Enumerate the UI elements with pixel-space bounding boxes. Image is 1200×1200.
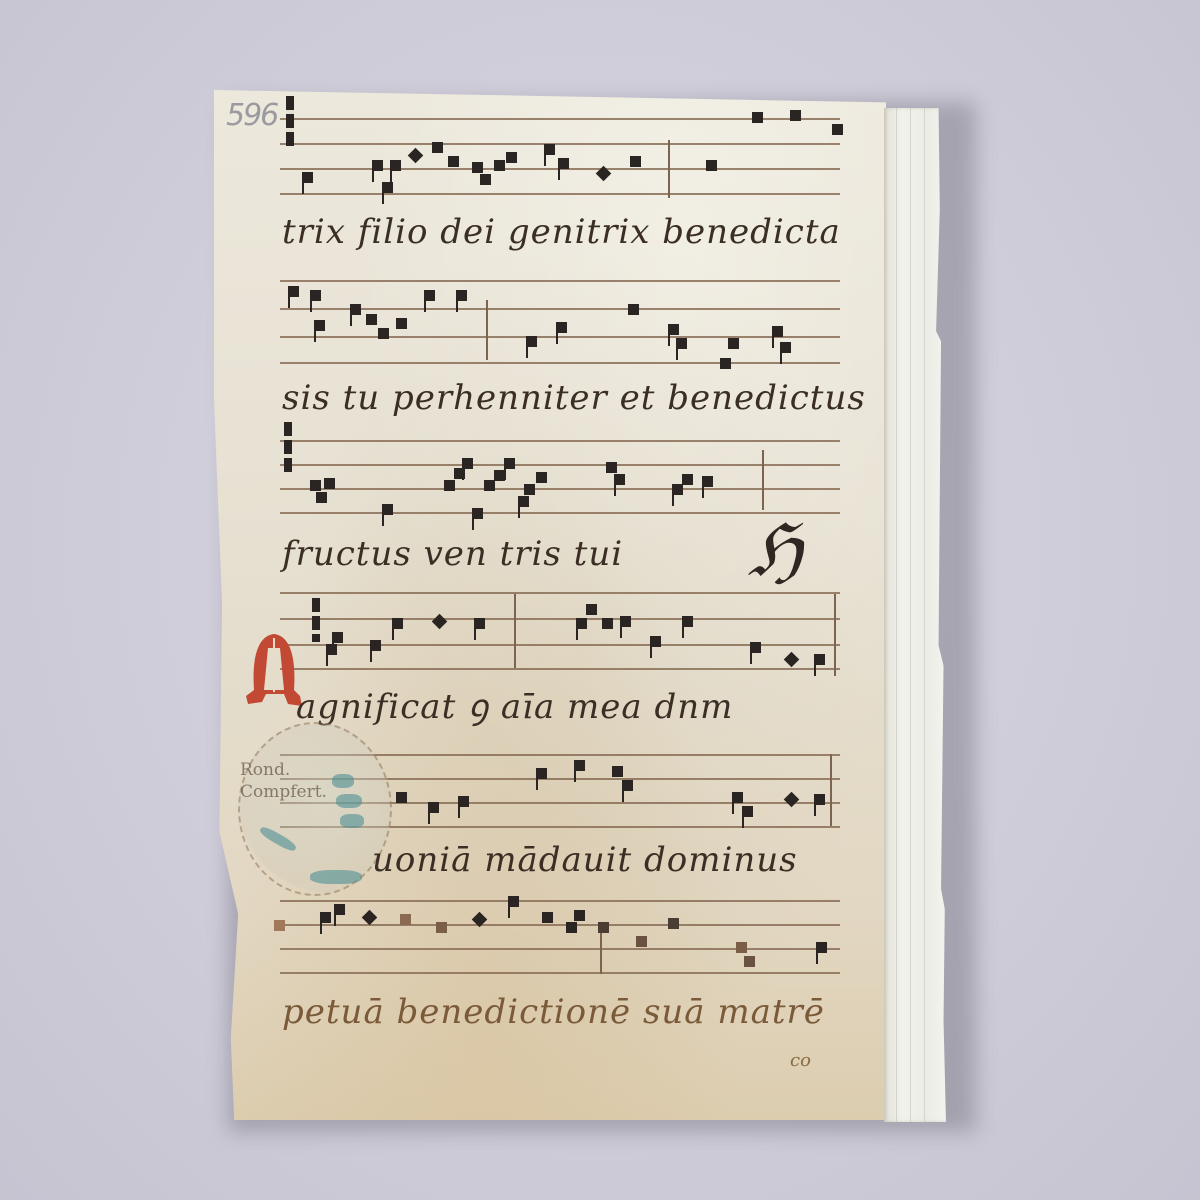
folio-number: 596	[226, 98, 277, 133]
stamp-text-1: Rond.	[240, 760, 290, 780]
lyric-line-3: fructus ven tris tui	[282, 534, 623, 574]
lyric-line-4: agnificat ꝯ aīa mea dnm	[296, 682, 733, 728]
lyric-line-2: sis tu perhenniter et benedictus	[282, 378, 866, 418]
stamp-text-2: Compfert.	[240, 782, 327, 802]
ownership-stamp-rondel	[238, 722, 392, 896]
staff-6	[280, 900, 840, 980]
staff-4	[280, 592, 840, 682]
staff-2	[280, 280, 840, 380]
c-clef-icon	[286, 96, 294, 146]
lyric-line-5: uoniā mādauit dominus	[372, 840, 798, 880]
lyric-line-6: petuā benedictionē suā matrē	[282, 992, 825, 1032]
catchword: co	[790, 1050, 811, 1071]
staff-1	[280, 118, 840, 218]
red-initial-m	[244, 632, 304, 716]
c-clef-icon	[312, 598, 320, 642]
paper-mounting-stub	[884, 108, 946, 1122]
lyric-line-1: trix filio dei genitrix benedicta	[282, 212, 841, 252]
c-clef-icon	[284, 422, 292, 472]
cadel-ornament-icon: ℌ	[748, 505, 858, 595]
